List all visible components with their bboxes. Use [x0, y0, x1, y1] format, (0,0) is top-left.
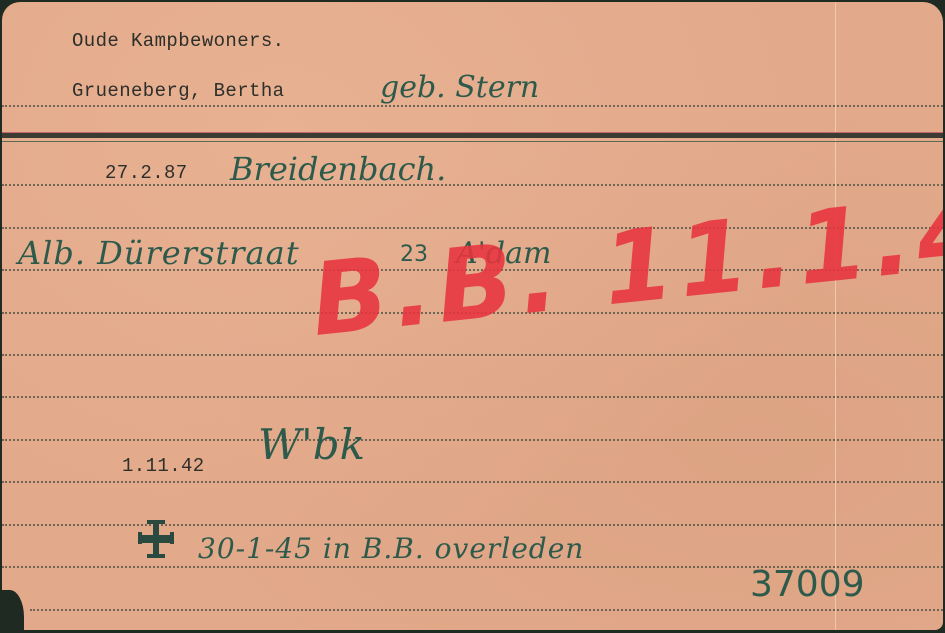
- header-divider-thick: [2, 132, 943, 138]
- dotted-rule-line: [2, 439, 943, 441]
- dotted-rule-line: [2, 396, 943, 398]
- person-name: Grueneberg, Bertha: [72, 80, 284, 102]
- entry-date: 1.11.42: [122, 455, 205, 477]
- address-street: Alb. Dürerstraat: [18, 234, 300, 272]
- dotted-rule-line: [2, 481, 943, 483]
- birth-place: Breidenbach.: [230, 150, 446, 188]
- maiden-name: geb. Stern: [380, 70, 539, 105]
- death-note: 30-1-45 in B.B. overleden: [198, 532, 584, 565]
- card-fold-line: [835, 2, 836, 630]
- card-number: 37009: [750, 564, 865, 605]
- dotted-rule-line: [2, 184, 943, 186]
- card-category: Oude Kampbewoners.: [72, 30, 284, 52]
- red-pencil-annotation: B.B. 11.1.44: [306, 163, 943, 359]
- dotted-rule-line: [2, 354, 943, 356]
- header-divider-thin: [2, 141, 943, 142]
- dotted-rule-line: [30, 609, 943, 611]
- archive-index-card: Oude Kampbewoners. Grueneberg, Bertha ge…: [2, 2, 943, 630]
- birth-date: 27.2.87: [105, 162, 188, 184]
- entry-note: W'bk: [258, 420, 365, 469]
- cross-icon: [138, 518, 174, 560]
- dotted-rule-line: [2, 105, 943, 107]
